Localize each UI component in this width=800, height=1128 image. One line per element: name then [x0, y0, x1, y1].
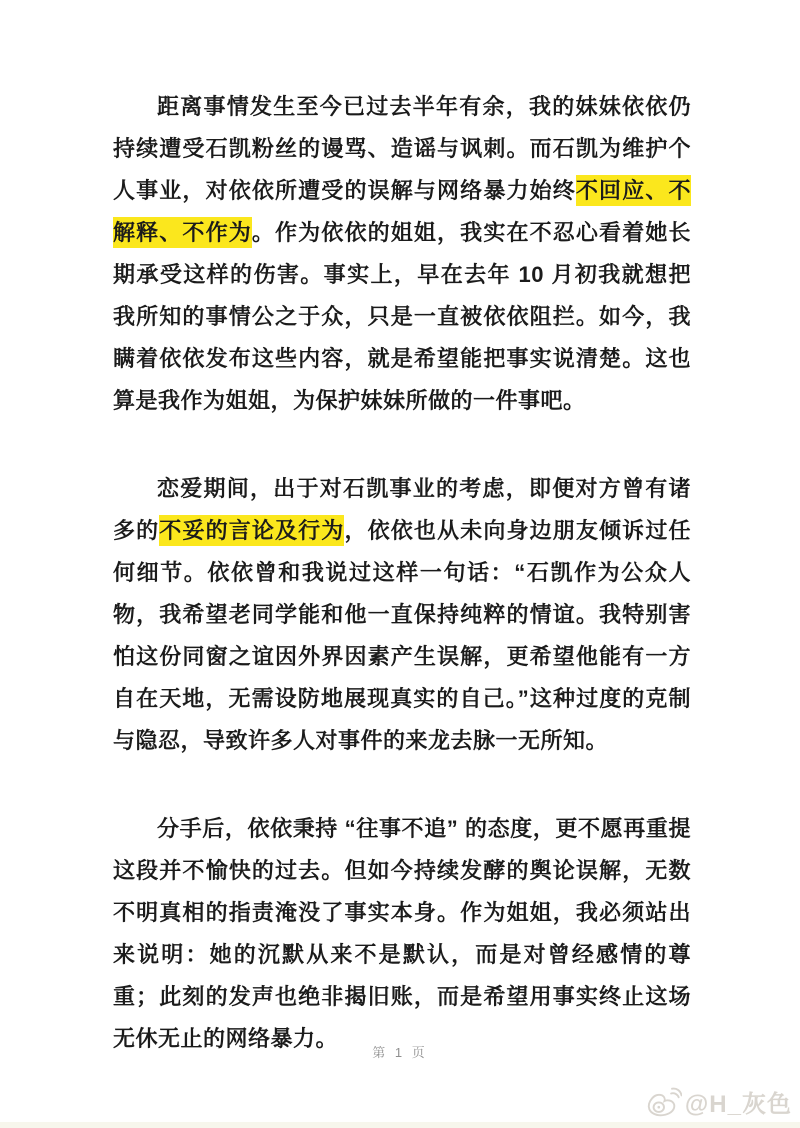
article-body: 距离事情发生至今已过去半年有余，我的妹妹依依仍持续遭受石凯粉丝的谩骂、造谣与讽刺… — [113, 86, 691, 1060]
paragraph: 距离事情发生至今已过去半年有余，我的妹妹依依仍持续遭受石凯粉丝的谩骂、造谣与讽刺… — [113, 86, 691, 422]
paragraph: 恋爱期间，出于对石凯事业的考虑，即便对方曾有诸多的不妥的言论及行为，依依也从未向… — [113, 468, 691, 762]
watermark-handle: @H_灰色 — [685, 1084, 792, 1119]
text-segment: 分手后，依依秉持 “往事不追” 的态度，更不愿再重提这段并不愉快的过去。但如今持… — [113, 816, 691, 1051]
weibo-logo-icon — [646, 1086, 682, 1118]
watermark: @H_灰色 — [646, 1084, 792, 1119]
bottom-edge-strip — [0, 1122, 800, 1128]
text-segment: 。作为依依的姐姐，我实在不忍心看着她长期承受这样的伤害。事实上，早在去年 10 … — [113, 220, 691, 413]
document-page: 距离事情发生至今已过去半年有余，我的妹妹依依仍持续遭受石凯粉丝的谩骂、造谣与讽刺… — [0, 0, 800, 1128]
page-number: 第 1 页 — [0, 1042, 800, 1061]
highlighted-text: 不妥的言论及行为 — [159, 515, 344, 546]
paragraph: 分手后，依依秉持 “往事不追” 的态度，更不愿再重提这段并不愉快的过去。但如今持… — [113, 808, 691, 1060]
text-segment: ，依依也从未向身边朋友倾诉过任何细节。依依曾和我说过这样一句话：“石凯作为公众人… — [113, 518, 691, 753]
